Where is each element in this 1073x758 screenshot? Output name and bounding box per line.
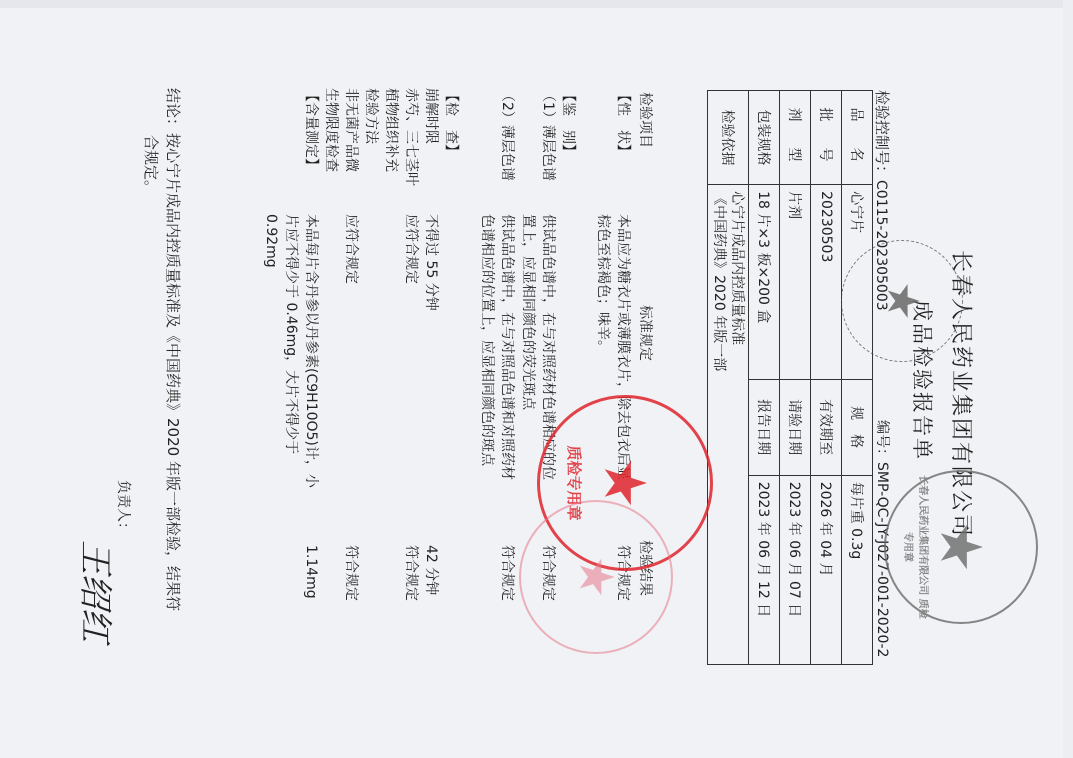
conclusion-line-2: 合规定。 xyxy=(141,135,161,195)
product-info-table: 品 名 心宁片 规 格 每片重 0.3g 批 号 20230503 有效期至 2… xyxy=(707,90,873,665)
company-seal: ★ 长春人民药业集团有限公司 质检专用章 xyxy=(884,470,1038,624)
form-label: 剂 型 xyxy=(780,91,811,185)
assay-standard-3: 0.92mg xyxy=(261,214,281,268)
tlc-2-standard-1: 供试品色谱中，在与对照品色谱和对照药材 xyxy=(497,214,517,480)
header-item: 检验项目 xyxy=(635,92,655,148)
tissue-method-result: 符合规定 xyxy=(401,545,421,601)
tissue-method-item-1: 赤芍、三七茎叶 xyxy=(401,88,421,186)
report-date: 2023 年 06 月 12 日 xyxy=(749,475,780,664)
section-appearance: 【性 状】 xyxy=(613,88,633,158)
basis: 心宁片成品内控质量标准 《中国药典》2020 年版一部 xyxy=(708,185,749,665)
signature: 王绍红 xyxy=(74,540,123,642)
basis-label: 检验依据 xyxy=(708,91,749,185)
tlc-2-item: （2）薄层色谱 xyxy=(497,88,517,181)
section-tests: 【检 查】 xyxy=(441,88,461,158)
microbial-item-1: 非无菌产品微 xyxy=(341,88,361,172)
appearance-standard-2: 棕色至棕褐色；味辛。 xyxy=(593,214,613,354)
spec: 每片重 0.3g xyxy=(842,475,873,664)
section-assay: 【含量测定】 xyxy=(301,88,321,172)
expiry-label: 有效期至 xyxy=(811,379,842,475)
spec-label: 规 格 xyxy=(842,379,873,475)
batch: 20230503 xyxy=(811,185,842,379)
tissue-method-standard: 应符合规定 xyxy=(401,214,421,284)
star-icon: ★ xyxy=(880,281,924,320)
tlc-2-standard-2: 色谱相应的位置上，应显相同颜色的斑点 xyxy=(477,214,497,466)
package: 18 片×3 板×200 盒 xyxy=(749,185,780,379)
disintegration-result: 42 分钟 xyxy=(421,545,441,595)
basis-line-1: 心宁片成品内控质量标准 xyxy=(728,191,746,658)
inspection-report-page: 长春人民药业集团有限公司 成品检验报告单 检验控制号：C0115-2023050… xyxy=(0,0,1073,758)
expiry: 2026 年 04 月 xyxy=(811,475,842,664)
product-name-label: 品 名 xyxy=(842,91,873,185)
signer-label: 负责人： xyxy=(113,480,133,536)
star-icon: ★ xyxy=(932,521,990,573)
conclusion-line-1: 结论：按心宁片成品内控质量标准及《中国药典》2020 年版一部检验，结果符 xyxy=(163,88,183,611)
assay-result: 1.14mg xyxy=(301,545,321,599)
disintegration-item: 崩解时限 xyxy=(421,88,441,144)
tissue-method-item-3: 检验方法 xyxy=(361,88,381,144)
star-icon: ★ xyxy=(572,555,620,598)
tissue-method-item-2: 植物组织补充 xyxy=(381,88,401,172)
report-date-label: 报告日期 xyxy=(749,379,780,475)
basis-line-2: 《中国药典》2020 年版一部 xyxy=(710,191,728,658)
batch-label: 批 号 xyxy=(811,91,842,185)
section-identification: 【鉴 别】 xyxy=(558,88,578,158)
microbial-result: 符合规定 xyxy=(341,545,361,601)
report-seal: ★ xyxy=(841,240,963,362)
tlc-1-standard-2: 置上，应显相同颜色的荧光斑点 xyxy=(518,214,538,410)
assay-standard-2: 片应不得少于 0.46mg，大片不得少于 xyxy=(281,214,301,454)
pink-seal: ★ xyxy=(519,500,673,654)
tlc-1-item: （1）薄层色谱 xyxy=(538,88,558,181)
company-seal-text: 长春人民药业集团有限公司 质检专用章 xyxy=(902,472,932,622)
dosage-form: 片剂 xyxy=(780,185,811,379)
request-date-label: 请验日期 xyxy=(780,379,811,475)
control-label: 检验控制号： xyxy=(873,90,891,180)
tlc-2-result: 符合规定 xyxy=(497,545,517,601)
disintegration-standard: 不得过 55 分钟 xyxy=(421,214,441,311)
header-standard: 标准规定 xyxy=(635,305,655,361)
assay-standard-1: 本品每片含丹参以丹参素(C9H10O5)计，小 xyxy=(301,214,321,488)
package-label: 包装规格 xyxy=(749,91,780,185)
microbial-item-2: 生物限度检查 xyxy=(321,88,341,172)
request-date: 2023 年 06 月 07 日 xyxy=(780,475,811,664)
microbial-standard: 应符合规定 xyxy=(341,214,361,284)
